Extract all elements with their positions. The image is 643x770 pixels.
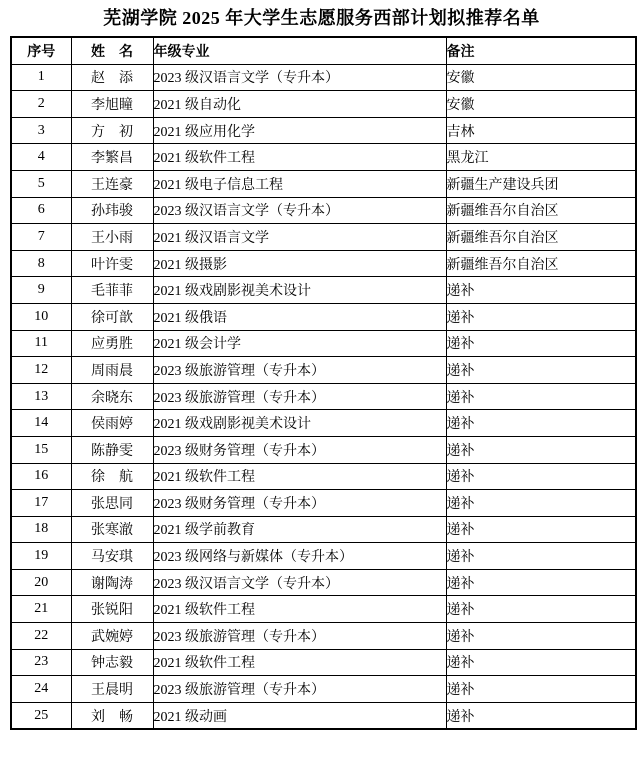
cell-major: 2023 级财务管理（专升本） bbox=[153, 490, 446, 517]
cell-remark: 新疆维吾尔自治区 bbox=[446, 250, 636, 277]
cell-index: 22 bbox=[11, 623, 71, 650]
cell-name: 王小雨 bbox=[71, 224, 153, 251]
cell-remark: 黑龙江 bbox=[446, 144, 636, 171]
cell-index: 7 bbox=[11, 224, 71, 251]
cell-index: 6 bbox=[11, 197, 71, 224]
cell-major: 2023 级汉语言文学（专升本） bbox=[153, 197, 446, 224]
cell-remark: 递补 bbox=[446, 569, 636, 596]
cell-name: 陈静雯 bbox=[71, 436, 153, 463]
cell-major: 2021 级会计学 bbox=[153, 330, 446, 357]
table-row: 24王晨明2023 级旅游管理（专升本）递补 bbox=[11, 676, 636, 703]
cell-major: 2021 级俄语 bbox=[153, 303, 446, 330]
recommendation-table: 序号 姓 名 年级专业 备注 1赵 添2023 级汉语言文学（专升本）安徽2李旭… bbox=[10, 36, 637, 730]
cell-major: 2021 级电子信息工程 bbox=[153, 170, 446, 197]
table-row: 8叶许雯2021 级摄影新疆维吾尔自治区 bbox=[11, 250, 636, 277]
cell-index: 11 bbox=[11, 330, 71, 357]
cell-remark: 吉林 bbox=[446, 117, 636, 144]
cell-name: 赵 添 bbox=[71, 64, 153, 91]
table-row: 4李繁昌2021 级软件工程黑龙江 bbox=[11, 144, 636, 171]
cell-major: 2021 级软件工程 bbox=[153, 596, 446, 623]
table-row: 23钟志毅2021 级软件工程递补 bbox=[11, 649, 636, 676]
cell-name: 方 初 bbox=[71, 117, 153, 144]
cell-major: 2021 级应用化学 bbox=[153, 117, 446, 144]
table-row: 2李旭瞳2021 级自动化安徽 bbox=[11, 91, 636, 118]
cell-remark: 递补 bbox=[446, 596, 636, 623]
cell-index: 21 bbox=[11, 596, 71, 623]
table-row: 10徐可歆2021 级俄语递补 bbox=[11, 303, 636, 330]
cell-name: 王晨明 bbox=[71, 676, 153, 703]
cell-remark: 递补 bbox=[446, 277, 636, 304]
cell-name: 余晓东 bbox=[71, 383, 153, 410]
cell-name: 王连豪 bbox=[71, 170, 153, 197]
cell-index: 18 bbox=[11, 516, 71, 543]
cell-index: 25 bbox=[11, 702, 71, 729]
cell-remark: 递补 bbox=[446, 330, 636, 357]
table-row: 20谢陶涛2023 级汉语言文学（专升本）递补 bbox=[11, 569, 636, 596]
cell-major: 2021 级动画 bbox=[153, 702, 446, 729]
cell-remark: 新疆生产建设兵团 bbox=[446, 170, 636, 197]
cell-name: 徐 航 bbox=[71, 463, 153, 490]
cell-index: 14 bbox=[11, 410, 71, 437]
cell-remark: 递补 bbox=[446, 516, 636, 543]
table-row: 9毛菲菲2021 级戏剧影视美术设计递补 bbox=[11, 277, 636, 304]
cell-name: 应勇胜 bbox=[71, 330, 153, 357]
table-row: 15陈静雯2023 级财务管理（专升本）递补 bbox=[11, 436, 636, 463]
cell-index: 9 bbox=[11, 277, 71, 304]
cell-remark: 递补 bbox=[446, 623, 636, 650]
table-row: 16徐 航2021 级软件工程递补 bbox=[11, 463, 636, 490]
cell-major: 2023 级汉语言文学（专升本） bbox=[153, 64, 446, 91]
cell-remark: 安徽 bbox=[446, 91, 636, 118]
cell-major: 2023 级旅游管理（专升本） bbox=[153, 383, 446, 410]
cell-major: 2021 级汉语言文学 bbox=[153, 224, 446, 251]
cell-remark: 递补 bbox=[446, 410, 636, 437]
cell-major: 2021 级软件工程 bbox=[153, 649, 446, 676]
cell-remark: 递补 bbox=[446, 357, 636, 384]
cell-name: 张思同 bbox=[71, 490, 153, 517]
cell-remark: 递补 bbox=[446, 543, 636, 570]
cell-name: 刘 畅 bbox=[71, 702, 153, 729]
cell-index: 24 bbox=[11, 676, 71, 703]
table-row: 6孙玮骏2023 级汉语言文学（专升本）新疆维吾尔自治区 bbox=[11, 197, 636, 224]
cell-index: 12 bbox=[11, 357, 71, 384]
cell-major: 2023 级旅游管理（专升本） bbox=[153, 623, 446, 650]
cell-name: 孙玮骏 bbox=[71, 197, 153, 224]
cell-index: 23 bbox=[11, 649, 71, 676]
cell-remark: 递补 bbox=[446, 383, 636, 410]
cell-name: 叶许雯 bbox=[71, 250, 153, 277]
cell-index: 16 bbox=[11, 463, 71, 490]
table-row: 7王小雨2021 级汉语言文学新疆维吾尔自治区 bbox=[11, 224, 636, 251]
table-row: 1赵 添2023 级汉语言文学（专升本）安徽 bbox=[11, 64, 636, 91]
cell-name: 李繁昌 bbox=[71, 144, 153, 171]
cell-name: 马安琪 bbox=[71, 543, 153, 570]
cell-index: 8 bbox=[11, 250, 71, 277]
cell-index: 15 bbox=[11, 436, 71, 463]
cell-major: 2021 级戏剧影视美术设计 bbox=[153, 410, 446, 437]
table-row: 18张寒澈2021 级学前教育递补 bbox=[11, 516, 636, 543]
table-row: 14侯雨婷2021 级戏剧影视美术设计递补 bbox=[11, 410, 636, 437]
cell-name: 张寒澈 bbox=[71, 516, 153, 543]
cell-remark: 递补 bbox=[446, 490, 636, 517]
table-row: 12周雨晨2023 级旅游管理（专升本）递补 bbox=[11, 357, 636, 384]
cell-major: 2023 级财务管理（专升本） bbox=[153, 436, 446, 463]
header-remark: 备注 bbox=[446, 37, 636, 64]
table-row: 21张锐阳2021 级软件工程递补 bbox=[11, 596, 636, 623]
cell-index: 20 bbox=[11, 569, 71, 596]
cell-remark: 新疆维吾尔自治区 bbox=[446, 197, 636, 224]
cell-index: 13 bbox=[11, 383, 71, 410]
cell-index: 17 bbox=[11, 490, 71, 517]
cell-name: 武婉婷 bbox=[71, 623, 153, 650]
header-index: 序号 bbox=[11, 37, 71, 64]
table-header-row: 序号 姓 名 年级专业 备注 bbox=[11, 37, 636, 64]
cell-name: 张锐阳 bbox=[71, 596, 153, 623]
cell-index: 5 bbox=[11, 170, 71, 197]
cell-name: 侯雨婷 bbox=[71, 410, 153, 437]
cell-remark: 递补 bbox=[446, 463, 636, 490]
table-row: 5王连豪2021 级电子信息工程新疆生产建设兵团 bbox=[11, 170, 636, 197]
header-name: 姓 名 bbox=[71, 37, 153, 64]
cell-remark: 递补 bbox=[446, 676, 636, 703]
table-row: 13余晓东2023 级旅游管理（专升本）递补 bbox=[11, 383, 636, 410]
cell-major: 2021 级软件工程 bbox=[153, 144, 446, 171]
cell-name: 李旭瞳 bbox=[71, 91, 153, 118]
table-row: 22武婉婷2023 级旅游管理（专升本）递补 bbox=[11, 623, 636, 650]
cell-name: 谢陶涛 bbox=[71, 569, 153, 596]
cell-remark: 递补 bbox=[446, 649, 636, 676]
cell-index: 19 bbox=[11, 543, 71, 570]
cell-remark: 递补 bbox=[446, 436, 636, 463]
cell-name: 周雨晨 bbox=[71, 357, 153, 384]
cell-name: 毛菲菲 bbox=[71, 277, 153, 304]
table-row: 17张思同2023 级财务管理（专升本）递补 bbox=[11, 490, 636, 517]
table-row: 11应勇胜2021 级会计学递补 bbox=[11, 330, 636, 357]
table-row: 3方 初2021 级应用化学吉林 bbox=[11, 117, 636, 144]
cell-remark: 安徽 bbox=[446, 64, 636, 91]
cell-index: 10 bbox=[11, 303, 71, 330]
header-major: 年级专业 bbox=[153, 37, 446, 64]
cell-major: 2021 级学前教育 bbox=[153, 516, 446, 543]
cell-major: 2021 级摄影 bbox=[153, 250, 446, 277]
cell-major: 2023 级网络与新媒体（专升本） bbox=[153, 543, 446, 570]
cell-remark: 新疆维吾尔自治区 bbox=[446, 224, 636, 251]
cell-name: 徐可歆 bbox=[71, 303, 153, 330]
cell-major: 2023 级汉语言文学（专升本） bbox=[153, 569, 446, 596]
cell-major: 2021 级戏剧影视美术设计 bbox=[153, 277, 446, 304]
document-page: 芜湖学院 2025 年大学生志愿服务西部计划拟推荐名单 序号 姓 名 年级专业 … bbox=[0, 0, 643, 770]
document-title: 芜湖学院 2025 年大学生志愿服务西部计划拟推荐名单 bbox=[0, 0, 643, 36]
cell-index: 2 bbox=[11, 91, 71, 118]
table-row: 25刘 畅2021 级动画递补 bbox=[11, 702, 636, 729]
cell-index: 3 bbox=[11, 117, 71, 144]
cell-index: 1 bbox=[11, 64, 71, 91]
cell-major: 2023 级旅游管理（专升本） bbox=[153, 357, 446, 384]
table-row: 19马安琪2023 级网络与新媒体（专升本）递补 bbox=[11, 543, 636, 570]
cell-name: 钟志毅 bbox=[71, 649, 153, 676]
cell-major: 2021 级软件工程 bbox=[153, 463, 446, 490]
cell-index: 4 bbox=[11, 144, 71, 171]
cell-remark: 递补 bbox=[446, 303, 636, 330]
cell-major: 2023 级旅游管理（专升本） bbox=[153, 676, 446, 703]
cell-remark: 递补 bbox=[446, 702, 636, 729]
cell-major: 2021 级自动化 bbox=[153, 91, 446, 118]
